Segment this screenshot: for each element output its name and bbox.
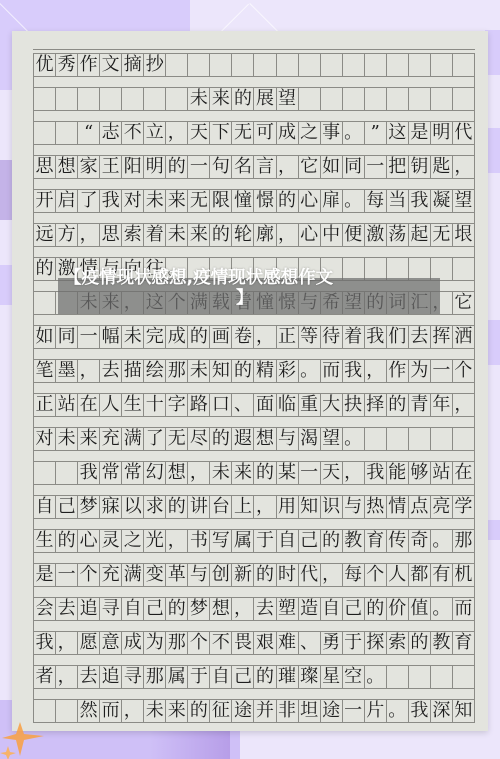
grid-cell: 的 <box>166 156 188 178</box>
grid-cell: 去 <box>409 326 431 348</box>
grid-cell: ， <box>254 326 276 348</box>
grid-cell: 开 <box>34 190 56 212</box>
grid-row: 自己梦寐以求的讲台上，用知识与热情点亮学 <box>33 496 475 519</box>
grid-cell: 临 <box>277 394 299 416</box>
grid-cell: 它 <box>299 156 321 178</box>
grid-cell: 我 <box>34 632 56 654</box>
grid-cell: 言 <box>254 156 276 178</box>
grid-cell: 憬 <box>254 190 276 212</box>
grid-cell: 心 <box>78 530 100 552</box>
grid-cell <box>453 258 475 280</box>
grid-cell: 教 <box>431 632 453 654</box>
grid-row: 如同一幅未完成的画卷，正等待着我们去挥洒 <box>33 326 475 349</box>
grid-cell: 那 <box>453 530 475 552</box>
grid-cell: 的 <box>210 224 232 246</box>
grid-cell: ， <box>277 156 299 178</box>
grid-cell <box>299 54 321 76</box>
grid-cell: 志 <box>100 122 122 144</box>
grid-cell: 的 <box>188 326 210 348</box>
grid-cell: 在 <box>78 394 100 416</box>
grid-cell: 作 <box>387 360 409 382</box>
grid-cell: 属 <box>232 530 254 552</box>
grid-cell: 的 <box>254 666 276 688</box>
grid-row-gap <box>33 621 475 632</box>
grid-cell: 句 <box>210 156 232 178</box>
grid-cell <box>365 88 387 110</box>
grid-cell <box>365 54 387 76</box>
grid-cell: 育 <box>453 632 475 654</box>
grid-cell <box>56 88 78 110</box>
grid-cell: 把 <box>387 156 409 178</box>
grid-cell: 灵 <box>100 530 122 552</box>
grid-cell: ， <box>277 224 299 246</box>
grid-cell <box>232 54 254 76</box>
grid-row: 未来的展望 <box>33 88 475 111</box>
grid-cell <box>34 122 56 144</box>
grid-cell <box>166 88 188 110</box>
grid-cell: 面 <box>254 394 276 416</box>
grid-cell <box>299 88 321 110</box>
grid-cell: 方 <box>56 224 78 246</box>
grid-cell: ， <box>365 360 387 382</box>
grid-cell: 能 <box>387 462 409 484</box>
grid-cell: 站 <box>431 462 453 484</box>
grid-cell: 未 <box>144 700 166 722</box>
grid-cell: 卷 <box>232 326 254 348</box>
grid-cell: 年 <box>431 394 453 416</box>
grid-cell: 我 <box>78 462 100 484</box>
grid-cell: 璀 <box>277 666 299 688</box>
grid-cell: 一 <box>56 564 78 586</box>
grid-cell: 、 <box>299 632 321 654</box>
grid-cell: 塑 <box>277 598 299 620</box>
grid-cell: 远 <box>34 224 56 246</box>
grid-cell: 青 <box>409 394 431 416</box>
sparkle-icon <box>0 720 60 759</box>
grid-cell: ， <box>166 122 188 144</box>
grid-cell: 我 <box>100 190 122 212</box>
grid-cell: 己 <box>343 598 365 620</box>
grid-cell: ， <box>166 530 188 552</box>
grid-cell: ” <box>365 122 387 144</box>
grid-cell: 愿 <box>78 632 100 654</box>
grid-cell: 生 <box>122 394 144 416</box>
grid-cell: 了 <box>144 428 166 450</box>
grid-cell: 。 <box>343 428 365 450</box>
grid-cell: 台 <box>210 496 232 518</box>
grid-cell <box>78 88 100 110</box>
grid-cell: 造 <box>299 598 321 620</box>
grid-cell: 每 <box>365 190 387 212</box>
grid-cell: 自 <box>34 496 56 518</box>
grid-cell: 廓 <box>254 224 276 246</box>
grid-cell: 文 <box>100 54 122 76</box>
grid-cell: 己 <box>232 666 254 688</box>
grid-cell <box>431 88 453 110</box>
grid-cell <box>34 88 56 110</box>
background-line <box>220 4 249 33</box>
grid-cell: 一 <box>188 156 210 178</box>
grid-cell: 求 <box>144 496 166 518</box>
grid-cell: 精 <box>254 360 276 382</box>
grid-cell <box>387 666 409 688</box>
grid-cell: 便 <box>343 224 365 246</box>
grid-cell: 想 <box>56 156 78 178</box>
grid-cell: 自 <box>122 598 144 620</box>
grid-cell <box>34 462 56 484</box>
grid-cell: 等 <box>299 326 321 348</box>
grid-cell: 站 <box>56 394 78 416</box>
grid-cell: 充 <box>100 564 122 586</box>
grid-cell: 常 <box>122 462 144 484</box>
grid-cell: 的 <box>166 496 188 518</box>
grid-cell: 深 <box>431 700 453 722</box>
grid-cell: 畏 <box>232 632 254 654</box>
grid-cell: 的 <box>232 88 254 110</box>
grid-cell <box>188 54 210 76</box>
grid-row-gap <box>33 213 475 224</box>
grid-cell: 与 <box>188 564 210 586</box>
grid-cell: 渴 <box>299 428 321 450</box>
grid-cell: 尽 <box>188 428 210 450</box>
grid-cell: 天 <box>188 122 210 144</box>
grid-cell: 当 <box>387 190 409 212</box>
grid-cell: 的 <box>34 258 56 280</box>
grid-cell: 想 <box>210 598 232 620</box>
grid-cell: 想 <box>254 428 276 450</box>
grid-cell: 革 <box>166 564 188 586</box>
grid-cell: 知 <box>453 700 475 722</box>
grid-cell: 教 <box>343 530 365 552</box>
grid-cell <box>387 88 409 110</box>
essay-paper: 优秀作文摘抄未来的展望“志不立，天下无可成之事。”这是明代思想家王阳明的一句名言… <box>12 31 488 731</box>
grid-cell: 正 <box>277 326 299 348</box>
grid-cell: 的 <box>321 530 343 552</box>
grid-cell: 满 <box>122 428 144 450</box>
grid-cell: ， <box>453 156 475 178</box>
grid-cell: 事 <box>321 122 343 144</box>
grid-row: 思想家王阳明的一句名言，它如同一把钥匙， <box>33 156 475 179</box>
grid-cell: 心 <box>299 190 321 212</box>
caption-title[interactable]: 【疫情现状感想,疫情现状感想作文 <box>64 266 444 290</box>
grid-cell: 望 <box>453 190 475 212</box>
grid-row-gap <box>33 417 475 428</box>
grid-cell: 同 <box>56 326 78 348</box>
grid-cell <box>34 292 56 314</box>
grid-cell: 个 <box>453 360 475 382</box>
grid-cell: 。 <box>431 598 453 620</box>
manuscript-grid: 优秀作文摘抄未来的展望“志不立，天下无可成之事。”这是明代思想家王阳明的一句名言… <box>33 49 475 723</box>
grid-cell <box>365 428 387 450</box>
grid-cell: 值 <box>409 598 431 620</box>
grid-cell: 挥 <box>431 326 453 348</box>
grid-cell: 自 <box>321 598 343 620</box>
grid-cell: 不 <box>122 122 144 144</box>
grid-cell: 自 <box>277 530 299 552</box>
grid-cell: ， <box>122 700 144 722</box>
grid-row: 我，愿意成为那个不畏艰难、勇于探索的教育 <box>33 632 475 655</box>
grid-cell <box>343 88 365 110</box>
grid-cell: 绘 <box>144 360 166 382</box>
grid-cell <box>431 54 453 76</box>
grid-cell: 情 <box>387 496 409 518</box>
grid-cell: 时 <box>277 564 299 586</box>
grid-cell: 知 <box>210 360 232 382</box>
grid-cell: 奇 <box>409 530 431 552</box>
grid-cell: 无 <box>166 428 188 450</box>
grid-cell: 钥 <box>409 156 431 178</box>
grid-cell: 途 <box>232 700 254 722</box>
grid-cell: 画 <box>210 326 232 348</box>
grid-cell: 于 <box>188 666 210 688</box>
grid-row-gap <box>33 383 475 394</box>
grid-cell: 写 <box>210 530 232 552</box>
grid-cell: 的 <box>232 360 254 382</box>
grid-cell: 家 <box>78 156 100 178</box>
grid-cell: 成 <box>277 122 299 144</box>
grid-row: 对未来充满了无尽的遐想与渴望。 <box>33 428 475 451</box>
grid-cell: 明 <box>144 156 166 178</box>
grid-cell: 己 <box>56 496 78 518</box>
grid-cell: 的 <box>409 632 431 654</box>
grid-cell: 与 <box>343 496 365 518</box>
grid-cell <box>453 54 475 76</box>
grid-cell: 它 <box>453 292 475 314</box>
grid-cell: 匙 <box>431 156 453 178</box>
grid-cell: 摘 <box>122 54 144 76</box>
grid-cell: 己 <box>144 598 166 620</box>
grid-cell: 如 <box>34 326 56 348</box>
grid-row-gap <box>33 349 475 360</box>
grid-cell <box>34 700 56 722</box>
grid-cell: 一 <box>343 700 365 722</box>
grid-cell <box>277 54 299 76</box>
grid-cell: ， <box>343 462 365 484</box>
grid-cell: 璨 <box>299 666 321 688</box>
grid-cell: 有 <box>431 564 453 586</box>
grid-cell: 成 <box>166 326 188 348</box>
grid-cell: 个 <box>188 632 210 654</box>
grid-cell: 识 <box>321 496 343 518</box>
grid-cell: 抉 <box>343 394 365 416</box>
grid-cell: 传 <box>387 530 409 552</box>
grid-cell: 思 <box>34 156 56 178</box>
grid-cell <box>122 88 144 110</box>
grid-row: 正站在人生十字路口、面临重大抉择的青年， <box>33 394 475 417</box>
grid-cell <box>343 54 365 76</box>
grid-cell: 空 <box>343 666 365 688</box>
grid-cell: 个 <box>78 564 100 586</box>
grid-row-gap <box>33 247 475 258</box>
grid-row: “志不立，天下无可成之事。”这是明代 <box>33 122 475 145</box>
grid-row: 笔墨，去描绘那未知的精彩。而我，作为一个 <box>33 360 475 383</box>
grid-cell: 来 <box>166 190 188 212</box>
grid-cell: 无 <box>431 224 453 246</box>
grid-cell: 代 <box>453 122 475 144</box>
grid-cell: 一 <box>365 156 387 178</box>
grid-cell: 无 <box>188 190 210 212</box>
grid-cell: 人 <box>100 394 122 416</box>
grid-cell: 梦 <box>188 598 210 620</box>
grid-cell: 抄 <box>144 54 166 76</box>
grid-cell: 个 <box>365 564 387 586</box>
grid-cell: 字 <box>166 394 188 416</box>
grid-row: 然而，未来的征途并非坦途一片。我深知 <box>33 700 475 723</box>
grid-cell: 来 <box>166 700 188 722</box>
grid-cell: 育 <box>365 530 387 552</box>
grid-cell: 对 <box>34 428 56 450</box>
grid-cell: 的 <box>277 190 299 212</box>
grid-cell <box>56 462 78 484</box>
grid-cell: 描 <box>122 360 144 382</box>
grid-row: 者，去追寻那属于自己的璀璨星空。 <box>33 666 475 689</box>
grid-cell: 的 <box>254 462 276 484</box>
grid-cell: 自 <box>210 666 232 688</box>
grid-cell: 不 <box>210 632 232 654</box>
grid-cell: 光 <box>144 530 166 552</box>
grid-cell: 未 <box>188 88 210 110</box>
grid-cell: 价 <box>387 598 409 620</box>
grid-cell: 思 <box>100 224 122 246</box>
grid-cell: 望 <box>321 428 343 450</box>
grid-cell: 未 <box>188 360 210 382</box>
grid-cell: 正 <box>34 394 56 416</box>
grid-cell: 常 <box>100 462 122 484</box>
grid-cell <box>144 88 166 110</box>
grid-cell: 寻 <box>122 666 144 688</box>
grid-cell: 。 <box>343 122 365 144</box>
grid-row: 会去追寻自己的梦想，去塑造自己的价值。而 <box>33 598 475 621</box>
grid-cell: 梦 <box>78 496 100 518</box>
grid-cell: 属 <box>166 666 188 688</box>
grid-cell: 那 <box>166 360 188 382</box>
grid-cell: 阳 <box>122 156 144 178</box>
grid-row: 是一个充满变革与创新的时代，每个人都有机 <box>33 564 475 587</box>
grid-cell <box>56 700 78 722</box>
grid-cell: 幅 <box>100 326 122 348</box>
grid-row: 我常常幻想，未来的某一天，我能够站在 <box>33 462 475 485</box>
grid-cell: 望 <box>277 88 299 110</box>
grid-cell: 一 <box>78 326 100 348</box>
grid-cell: 口 <box>210 394 232 416</box>
grid-cell: 用 <box>277 496 299 518</box>
grid-cell: 待 <box>321 326 343 348</box>
grid-cell: 学 <box>453 496 475 518</box>
grid-cell: 片 <box>365 700 387 722</box>
grid-cell: 来 <box>210 88 232 110</box>
grid-cell: 王 <box>100 156 122 178</box>
grid-cell: 是 <box>34 564 56 586</box>
grid-cell: 够 <box>409 462 431 484</box>
grid-cell: ， <box>56 666 78 688</box>
grid-cell: 们 <box>387 326 409 348</box>
background-line <box>249 3 278 32</box>
grid-cell: ， <box>321 564 343 586</box>
grid-cell: 明 <box>431 122 453 144</box>
grid-cell: 名 <box>232 156 254 178</box>
grid-cell: 者 <box>34 666 56 688</box>
grid-cell <box>210 54 232 76</box>
grid-cell <box>100 88 122 110</box>
grid-row-gap <box>33 179 475 190</box>
grid-row-gap <box>33 519 475 530</box>
grid-cell: 去 <box>56 598 78 620</box>
grid-row-gap <box>33 655 475 666</box>
grid-cell: 了 <box>78 190 100 212</box>
grid-cell: 如 <box>321 156 343 178</box>
grid-cell: 会 <box>34 598 56 620</box>
grid-cell: 亮 <box>431 496 453 518</box>
grid-cell: 于 <box>343 632 365 654</box>
grid-cell: 激 <box>365 224 387 246</box>
grid-row-gap <box>33 315 475 326</box>
grid-cell: 可 <box>254 122 276 144</box>
grid-cell: 对 <box>122 190 144 212</box>
grid-cell: 而 <box>453 598 475 620</box>
grid-cell: 是 <box>409 122 431 144</box>
grid-cell: 追 <box>78 598 100 620</box>
grid-row-gap <box>33 485 475 496</box>
grid-cell: 起 <box>409 224 431 246</box>
grid-cell: 星 <box>321 666 343 688</box>
grid-cell: 完 <box>144 326 166 348</box>
grid-cell <box>409 88 431 110</box>
grid-cell: 创 <box>210 564 232 586</box>
grid-cell: 难 <box>277 632 299 654</box>
grid-cell: 十 <box>144 394 166 416</box>
grid-cell: 勇 <box>321 632 343 654</box>
grid-cell: 我 <box>409 700 431 722</box>
grid-cell <box>409 54 431 76</box>
grid-cell: 我 <box>343 360 365 382</box>
grid-cell <box>431 428 453 450</box>
grid-cell: 重 <box>299 394 321 416</box>
grid-cell: 非 <box>277 700 299 722</box>
grid-cell: 。 <box>431 530 453 552</box>
grid-cell <box>254 54 276 76</box>
grid-cell: ， <box>188 462 210 484</box>
grid-cell: 来 <box>78 428 100 450</box>
grid-cell <box>321 88 343 110</box>
grid-cell <box>453 428 475 450</box>
grid-row-gap <box>33 587 475 598</box>
grid-cell: 幻 <box>144 462 166 484</box>
grid-cell: 热 <box>365 496 387 518</box>
grid-cell: 讲 <box>188 496 210 518</box>
grid-cell: 凝 <box>431 190 453 212</box>
grid-row: 远方，思索着未来的轮廓，心中便激荡起无垠 <box>33 224 475 247</box>
grid-cell: 生 <box>34 530 56 552</box>
grid-cell: 。 <box>387 700 409 722</box>
grid-row: 生的心灵之光，书写属于自己的教育传奇。那 <box>33 530 475 553</box>
grid-row: 优秀作文摘抄 <box>33 54 475 77</box>
grid-cell: 这 <box>387 122 409 144</box>
grid-cell: 艰 <box>254 632 276 654</box>
grid-cell: 着 <box>343 326 365 348</box>
grid-cell: 的 <box>188 700 210 722</box>
grid-cell <box>431 666 453 688</box>
grid-cell: 己 <box>299 530 321 552</box>
grid-cell: ， <box>78 360 100 382</box>
grid-cell: 墨 <box>56 360 78 382</box>
grid-cell: ， <box>78 224 100 246</box>
grid-cell: 。 <box>299 360 321 382</box>
grid-row-gap <box>33 77 475 88</box>
grid-cell: 征 <box>210 700 232 722</box>
grid-cell: 一 <box>299 462 321 484</box>
grid-cell: 同 <box>343 156 365 178</box>
caption-title-end[interactable]: 】 <box>236 286 253 310</box>
